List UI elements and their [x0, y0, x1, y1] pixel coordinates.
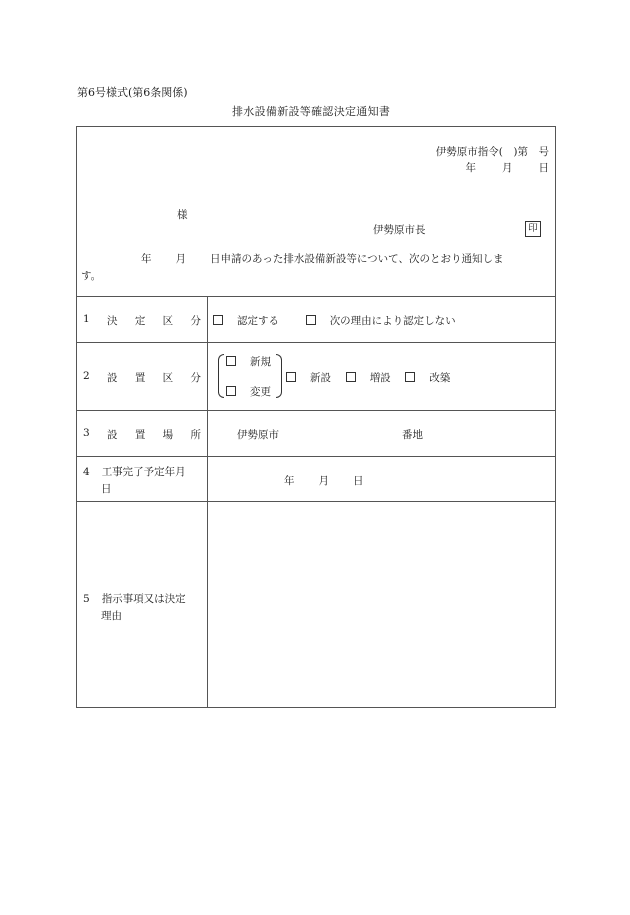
renovation-checkbox[interactable] [405, 372, 415, 382]
row-divider [77, 410, 555, 411]
change-option: 変更 [226, 384, 271, 399]
row-location-label: 3 設 置 場 所 [83, 427, 201, 442]
form-number-label: 第6号様式(第6条関係) [77, 84, 188, 100]
document-title: 排水設備新設等確認決定通知書 [232, 103, 390, 119]
reject-checkbox[interactable] [306, 315, 316, 325]
new-install-checkbox[interactable] [286, 372, 296, 382]
addressee-field[interactable]: 様 [177, 207, 188, 222]
approve-checkbox[interactable] [213, 315, 223, 325]
new-option: 新規 [226, 354, 271, 369]
decision-options: 認定する 次の理由により認定しない [213, 313, 456, 328]
reject-label: 次の理由により認定しない [330, 315, 456, 327]
notice-body: 日申請のあった排水設備新設等について、次のとおり通知しま [210, 253, 503, 265]
row-installation-type-label: 2 設 置 区 分 [83, 370, 201, 385]
row-completion-date-label: 4工事完了予定年月 [83, 464, 186, 479]
row-divider [77, 342, 555, 343]
row-divider [77, 296, 555, 297]
instructions-content-area[interactable] [208, 502, 554, 707]
location-city: 伊勢原市 [237, 427, 279, 442]
notice-text-line1: 年月日申請のあった排水設備新設等について、次のとおり通知しま [81, 251, 503, 266]
notice-month: 月 [176, 253, 187, 265]
issue-date: 年月日 [466, 160, 550, 175]
right-bracket-icon [276, 354, 282, 398]
row-decision-label: 1 決 定 区 分 [83, 313, 201, 328]
new-checkbox[interactable] [226, 356, 236, 366]
row-divider [77, 456, 555, 457]
notice-form-table: 伊勢原市指令( )第 号 年月日 様 伊勢原市長 印 年月日申請のあった排水設備… [76, 126, 556, 708]
change-checkbox[interactable] [226, 386, 236, 396]
issue-date-year: 年 [466, 160, 477, 175]
row-instructions-label-cont: 理由 [101, 608, 122, 623]
completion-date-field[interactable]: 年月日 [284, 473, 364, 488]
issue-date-month: 月 [502, 160, 513, 175]
notice-year: 年 [141, 253, 152, 265]
notice-text-line2: す。 [81, 268, 101, 283]
row-completion-date-label-cont: 日 [101, 481, 112, 496]
work-type-options: 新設 増設 改築 [286, 370, 450, 385]
approve-label: 認定する [237, 315, 279, 327]
location-address-field[interactable]: 番地 [402, 427, 423, 442]
row-instructions-label: 5指示事項又は決定 [83, 591, 186, 606]
issuer-name: 伊勢原市長 [373, 222, 426, 237]
document-number: 伊勢原市指令( )第 号 [436, 144, 549, 159]
expansion-checkbox[interactable] [346, 372, 356, 382]
left-bracket-icon [218, 354, 224, 398]
seal-stamp-icon: 印 [525, 221, 541, 237]
issue-date-day: 日 [539, 160, 550, 175]
